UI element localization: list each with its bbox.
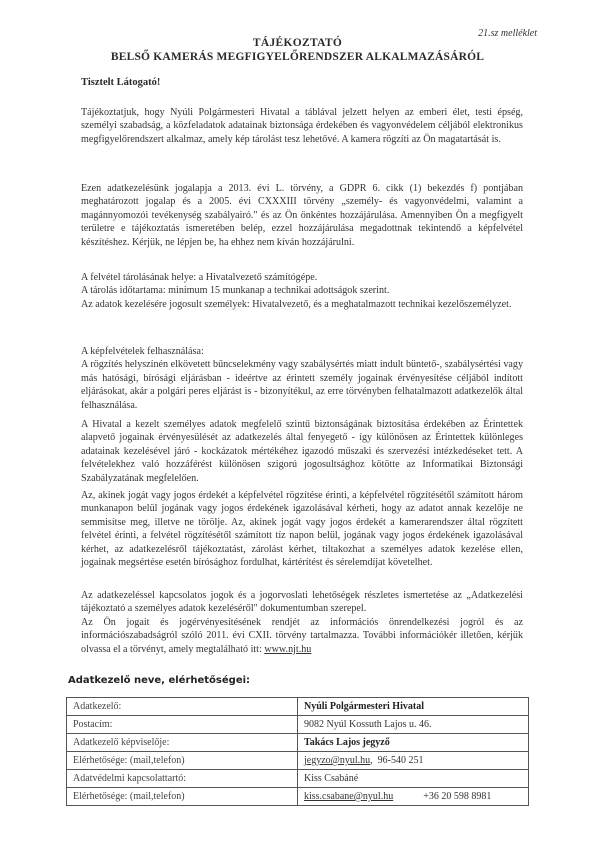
- representative-contact-label: Elérhetősége: (mail,telefon): [67, 752, 298, 770]
- usage-heading: A képfelvételek felhasználása:: [81, 345, 523, 358]
- representative-phone: 96-540 251: [378, 755, 424, 766]
- dpo-label: Adatvédelmi kapcsolattartó:: [67, 770, 298, 788]
- document-title: TÁJÉKOZTATÓ BELSŐ KAMERÁS MEGFIGYELŐREND…: [0, 36, 595, 64]
- security-paragraph: A Hivatal a kezelt személyes adatok megf…: [81, 418, 523, 485]
- representative-email-link[interactable]: jegyzo@nyul.hu: [304, 755, 370, 766]
- representative-contact-value: jegyzo@nyul.hu, 96-540 251: [298, 752, 529, 770]
- table-row: Elérhetősége: (mail,telefon) kiss.csaban…: [67, 788, 529, 806]
- dpo-contact-value: kiss.csabane@nyul.hu+36 20 598 8981: [298, 788, 529, 806]
- contacts-heading: Adatkezelő neve, elérhetőségei:: [68, 675, 250, 686]
- remedies-text-2: Az Ön jogait és jogérvényesítésének rend…: [81, 616, 523, 656]
- table-row: Adatkezelő képviselője: Takács Lajos jeg…: [67, 734, 529, 752]
- security-text: A Hivatal a kezelt személyes adatok megf…: [81, 418, 523, 485]
- postal-address-label: Postacím:: [67, 716, 298, 734]
- table-row: Postacím: 9082 Nyúl Kossuth Lajos u. 46.: [67, 716, 529, 734]
- document-page: 21.sz melléklet TÁJÉKOZTATÓ BELSŐ KAMERÁ…: [0, 0, 595, 842]
- rights-paragraph: Az, akinek jogát vagy jogos érdekét a ké…: [81, 489, 523, 569]
- title-line-1: TÁJÉKOZTATÓ: [0, 36, 595, 50]
- greeting: Tisztelt Látogató!: [81, 77, 160, 88]
- intro-text: Tájékoztatjuk, hogy Nyúli Polgármesteri …: [81, 106, 523, 146]
- intro-paragraph: Tájékoztatjuk, hogy Nyúli Polgármesteri …: [81, 106, 523, 146]
- dpo-value: Kiss Csabáné: [298, 770, 529, 788]
- dpo-phone: +36 20 598 8981: [423, 791, 491, 802]
- contacts-table: Adatkezelő: Nyúli Polgármesteri Hivatal …: [66, 697, 529, 806]
- remedies-paragraph: Az adatkezeléssel kapcsolatos jogok és a…: [81, 589, 523, 656]
- table-row: Adatkezelő: Nyúli Polgármesteri Hivatal: [67, 698, 529, 716]
- controller-label: Adatkezelő:: [67, 698, 298, 716]
- usage-text: A rögzítés helyszínén elkövetett bűncsel…: [81, 358, 523, 412]
- table-row: Adatvédelmi kapcsolattartó: Kiss Csabáné: [67, 770, 529, 788]
- dpo-email-link[interactable]: kiss.csabane@nyul.hu: [304, 791, 393, 802]
- storage-duration-text: A tárolás időtartama: minimum 15 munkana…: [81, 284, 523, 297]
- title-line-2: BELSŐ KAMERÁS MEGFIGYELŐRENDSZER ALKALMA…: [0, 50, 595, 64]
- remedies-text-1: Az adatkezeléssel kapcsolatos jogok és a…: [81, 589, 523, 616]
- controller-value: Nyúli Polgármesteri Hivatal: [298, 698, 529, 716]
- postal-address-value: 9082 Nyúl Kossuth Lajos u. 46.: [298, 716, 529, 734]
- storage-place-text: A felvétel tárolásának helye: a Hivatalv…: [81, 271, 523, 284]
- representative-value: Takács Lajos jegyző: [298, 734, 529, 752]
- table-row: Elérhetősége: (mail,telefon) jegyzo@nyul…: [67, 752, 529, 770]
- rights-text: Az, akinek jogát vagy jogos érdekét a ké…: [81, 489, 523, 569]
- legal-basis-paragraph: Ezen adatkezelésünk jogalapja a 2013. év…: [81, 182, 523, 249]
- dpo-contact-label: Elérhetősége: (mail,telefon): [67, 788, 298, 806]
- storage-paragraph: A felvétel tárolásának helye: a Hivatalv…: [81, 271, 523, 311]
- legal-basis-text: Ezen adatkezelésünk jogalapja a 2013. év…: [81, 182, 523, 249]
- njt-link[interactable]: www.njt.hu: [264, 644, 311, 655]
- representative-label: Adatkezelő képviselője:: [67, 734, 298, 752]
- authorized-persons-text: Az adatok kezelésére jogosult személyek:…: [81, 298, 523, 311]
- usage-paragraph: A képfelvételek felhasználása: A rögzíté…: [81, 345, 523, 412]
